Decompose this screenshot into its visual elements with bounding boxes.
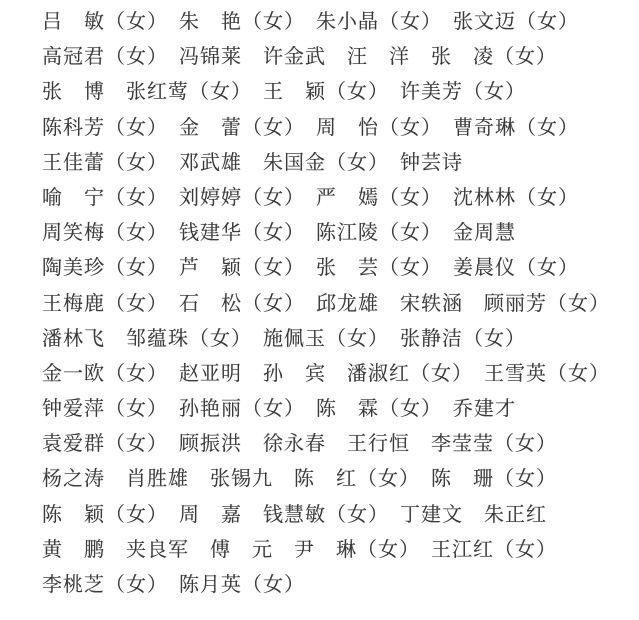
name-list-row: 陈 颖（女） 周 嘉 钱慧敏（女） 丁建文 朱正红 xyxy=(42,498,639,533)
name-list-row: 陈科芳（女） 金 蕾（女） 周 怡（女） 曹奇琳（女） xyxy=(42,111,639,146)
name-list-row: 袁爱群（女） 顾振洪 徐永春 王行恒 李莹莹（女） xyxy=(42,427,639,462)
name-list-row: 金一欧（女） 赵亚明 孙 宾 潘淑红（女） 王雪英（女） xyxy=(42,357,639,392)
name-list-row: 周笑梅（女） 钱建华（女） 陈江陵（女） 金周慧 xyxy=(42,216,639,251)
name-list-row: 李桃芝（女） 陈月英（女） xyxy=(42,568,639,603)
name-list-row: 黄 鹏 夹良军 傅 元 尹 琳（女） 王江红（女） xyxy=(42,533,639,568)
name-list-row: 喻 宁（女） 刘婷婷（女） 严 嫣（女） 沈林林（女） xyxy=(42,181,639,216)
name-list-row: 高冠君（女） 冯锦莱 许金武 汪 洋 张 凌（女） xyxy=(42,40,639,75)
name-list-row: 陶美珍（女） 芦 颖（女） 张 芸（女） 姜晨仪（女） xyxy=(42,251,639,286)
name-list-row: 王梅鹿（女） 石 松（女） 邱龙雄 宋轶涵 顾丽芳（女） xyxy=(42,287,639,322)
name-list-row: 钟爱萍（女） 孙艳丽（女） 陈 霖（女） 乔建才 xyxy=(42,392,639,427)
name-list-row: 吕 敏（女） 朱 艳（女） 朱小晶（女） 张文迈（女） xyxy=(42,5,639,40)
name-list-row: 张 博 张红莺（女） 王 颖（女） 许美芳（女） xyxy=(42,75,639,110)
name-list-row: 潘林飞 邹蕴珠（女） 施佩玉（女） 张静洁（女） xyxy=(42,322,639,357)
name-list-row: 王佳蕾（女） 邓武雄 朱国金（女） 钟芸诗 xyxy=(42,146,639,181)
name-list-document: 吕 敏（女） 朱 艳（女） 朱小晶（女） 张文迈（女） 高冠君（女） 冯锦莱 许… xyxy=(0,0,639,620)
name-list-row: 杨之涛 肖胜雄 张锡九 陈 红（女） 陈 珊（女） xyxy=(42,462,639,497)
